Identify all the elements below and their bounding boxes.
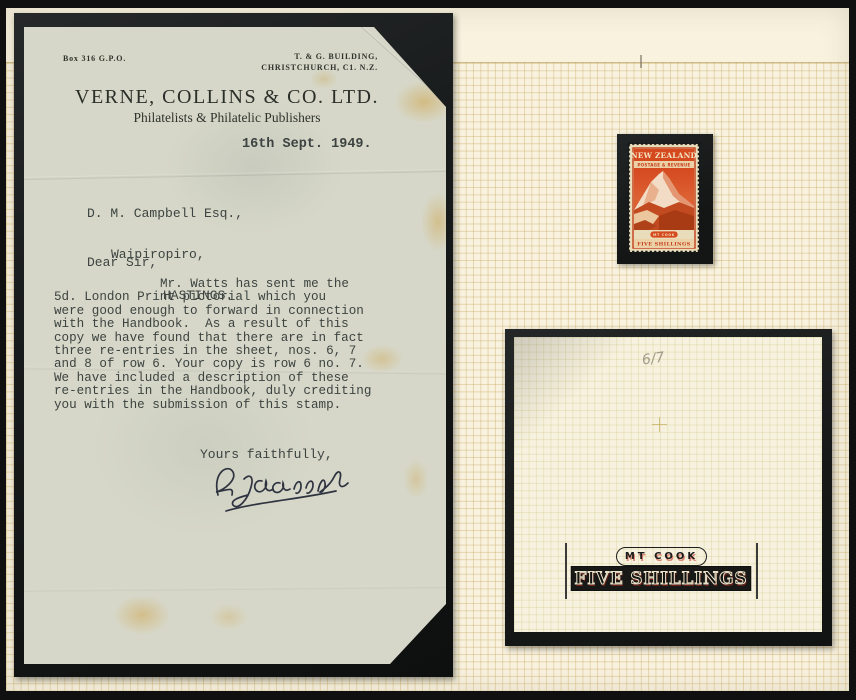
proof-paper: 6/7 MT COOK FIVE SHILLINGS	[514, 337, 822, 632]
perforation-edge	[627, 250, 701, 254]
mountain-vignette-icon	[634, 168, 694, 230]
guide-line-right	[756, 543, 758, 599]
office-address-line: T. & G. BUILDING,	[261, 51, 378, 62]
pencil-annotation: 6/7	[641, 350, 666, 369]
registration-cross-icon	[652, 417, 667, 432]
stamp-country-text: NEW ZEALAND	[631, 151, 698, 160]
page-tick-mark	[640, 55, 642, 68]
company-subtitle: Philatelists & Philatelic Publishers	[24, 110, 430, 126]
body-line: with the Handbook. As a result of this	[54, 318, 426, 331]
body-line: Mr. Watts has sent me the	[54, 278, 426, 291]
office-address-line: CHRISTCHURCH, C1. N.Z.	[261, 62, 378, 73]
salutation: Dear Sir,	[87, 255, 157, 270]
stamp-design: NEW ZEALAND POSTAGE & REVENUE	[629, 144, 699, 252]
perforation-edge	[627, 142, 701, 146]
stamp-denomination-text: FIVE SHILLINGS	[637, 242, 690, 248]
body-line: and 8 of row 6. Your copy is row 6 no. 7…	[54, 358, 426, 371]
body-line: re-entries in the Handbook, duly crediti…	[54, 385, 426, 398]
body-line: were good enough to forward in connectio…	[54, 305, 426, 318]
body-line: three re-entries in the sheet, nos. 6, 7	[54, 345, 426, 358]
album-page: Box 316 G.P.O. T. & G. BUILDING, CHRISTC…	[6, 8, 849, 691]
stamp-mount: NEW ZEALAND POSTAGE & REVENUE	[617, 134, 713, 264]
company-name: VERNE, COLLINS & CO. LTD.	[24, 86, 430, 109]
letterhead-pobox: Box 316 G.P.O.	[63, 54, 126, 63]
recipient-name: D. M. Campbell Esq.,	[87, 207, 243, 221]
mt-cook-stamp: NEW ZEALAND POSTAGE & REVENUE	[629, 144, 699, 252]
guide-line-left	[565, 543, 567, 599]
proof-mount: 6/7 MT COOK FIVE SHILLINGS	[505, 329, 832, 646]
album-page-photo: Box 316 G.P.O. T. & G. BUILDING, CHRISTC…	[0, 0, 856, 700]
letter-date: 16th Sept. 1949.	[242, 137, 372, 152]
five-shillings-box: FIVE SHILLINGS	[571, 566, 751, 591]
perforation-edge	[697, 142, 701, 254]
paper-crease	[24, 169, 446, 180]
signature-handwriting	[204, 459, 354, 519]
body-line: 5d. London Print pictorial which you	[54, 291, 426, 304]
stamp-vignette-label: MT COOK	[653, 233, 675, 237]
body-line: you with the submission of this stamp.	[54, 399, 426, 412]
letter-mount: Box 316 G.P.O. T. & G. BUILDING, CHRISTC…	[14, 13, 453, 677]
body-line: copy we have found that there are in fac…	[54, 332, 426, 345]
stamp-inscription-text: POSTAGE & REVENUE	[637, 162, 690, 167]
perforation-edge	[627, 142, 631, 254]
letter-paper: Box 316 G.P.O. T. & G. BUILDING, CHRISTC…	[24, 27, 446, 664]
paper-crease	[24, 585, 446, 592]
letterhead-office-address: T. & G. BUILDING, CHRISTCHURCH, C1. N.Z.	[261, 51, 378, 73]
mt-cook-oval: MT COOK	[616, 547, 707, 566]
body-line: We have included a description of these	[54, 372, 426, 385]
letter-body: Mr. Watts has sent me the 5d. London Pri…	[54, 278, 426, 412]
